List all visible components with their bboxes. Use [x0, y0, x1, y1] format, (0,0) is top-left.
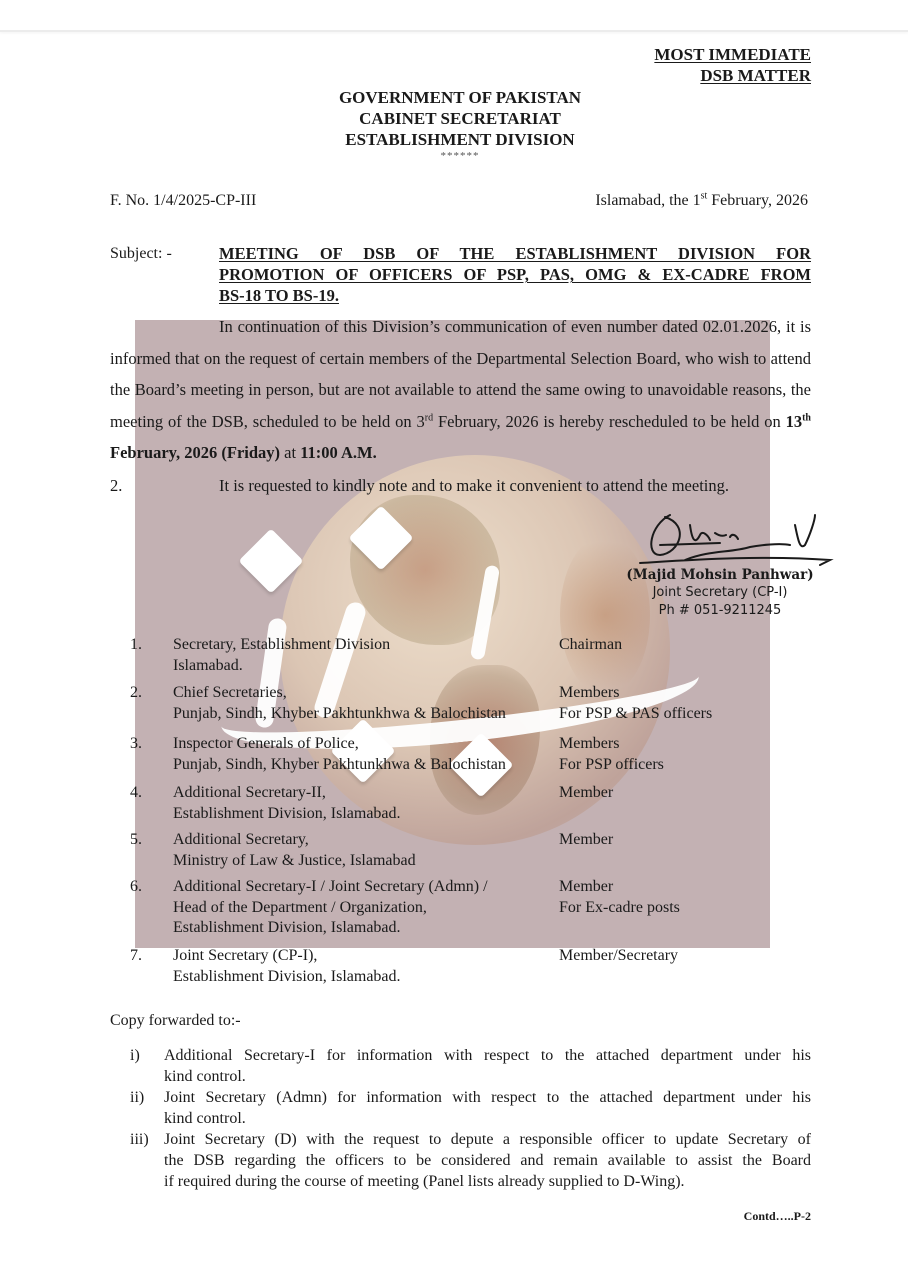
distribution-item-number: 3. [130, 734, 142, 755]
distribution-item-role: Members [559, 734, 619, 755]
subject-label: Subject: - [110, 245, 172, 263]
copy-item-number: i) [130, 1045, 140, 1066]
copy-item-number: ii) [130, 1087, 144, 1108]
distribution-item-addressee: Additional Secretary-II, [173, 783, 326, 804]
distribution-item-addressee: Secretary, Establishment Division [173, 635, 390, 656]
priority-line-2: DSB MATTER [700, 65, 811, 86]
copy-item-text: the DSB regarding the officers to be con… [164, 1150, 811, 1171]
distribution-item-role: For PSP & PAS officers [559, 704, 712, 725]
paragraph-2-number: 2. [110, 476, 122, 496]
org-line-2: CABINET SECRETARIAT [260, 108, 660, 129]
continued-marker: Contd…..P-2 [744, 1209, 811, 1224]
copy-item-number: iii) [130, 1129, 149, 1150]
distribution-item-addressee: Punjab, Sindh, Khyber Pakhtunkhwa & Balo… [173, 704, 506, 725]
distribution-item-role: For PSP officers [559, 755, 664, 776]
distribution-item-number: 1. [130, 635, 142, 656]
subject-line-2: PROMOTION OF OFFICERS OF PSP, PAS, OMG &… [219, 265, 811, 285]
distribution-item-role: Member [559, 877, 613, 898]
distribution-item-number: 5. [130, 830, 142, 851]
copy-item-text: Joint Secretary (Admn) for information w… [164, 1087, 811, 1108]
distribution-item-role: For Ex-cadre posts [559, 898, 680, 919]
distribution-item-number: 4. [130, 783, 142, 804]
body-paragraph-1: In continuation of this Division’s commu… [110, 311, 811, 469]
file-number: F. No. 1/4/2025-CP-III [110, 192, 256, 210]
body-paragraph-2: It is requested to kindly note and to ma… [219, 476, 729, 496]
org-line-1: GOVERNMENT OF PAKISTAN [260, 87, 660, 108]
copy-item-text: Additional Secretary-I for information w… [164, 1045, 811, 1066]
distribution-item-addressee: Punjab, Sindh, Khyber Pakhtunkhwa & Balo… [173, 755, 506, 776]
distribution-item-number: 2. [130, 683, 142, 704]
distribution-item-addressee: Ministry of Law & Justice, Islamabad [173, 851, 416, 872]
distribution-item-number: 6. [130, 877, 142, 898]
signatory-name: (Majid Mohsin Panhwar) [620, 567, 820, 583]
distribution-item-addressee: Additional Secretary, [173, 830, 309, 851]
priority-line-1: MOST IMMEDIATE [654, 44, 811, 65]
distribution-item-addressee: Joint Secretary (CP-I), [173, 946, 317, 967]
copy-item-text: kind control. [164, 1066, 246, 1087]
viewer-top-bar [0, 0, 908, 32]
copy-forwarded-heading: Copy forwarded to:- [110, 1012, 241, 1030]
distribution-item-addressee: Additional Secretary-I / Joint Secretary… [173, 877, 488, 898]
signatory-phone: Ph # 051-9211245 [620, 603, 820, 618]
distribution-item-role: Member [559, 830, 613, 851]
distribution-item-addressee: Islamabad. [173, 656, 243, 677]
distribution-item-role: Chairman [559, 635, 622, 656]
header-separator: ****** [260, 150, 660, 162]
distribution-item-role: Members [559, 683, 619, 704]
distribution-item-addressee: Establishment Division, Islamabad. [173, 967, 401, 988]
letter-date: Islamabad, the 1st February, 2026 [595, 192, 808, 210]
subject-line-3: BS-18 TO BS-19. [219, 286, 339, 306]
distribution-item-addressee: Establishment Division, Islamabad. [173, 918, 401, 939]
copy-item-text: if required during the course of meeting… [164, 1171, 685, 1192]
distribution-item-addressee: Inspector Generals of Police, [173, 734, 359, 755]
copy-item-text: Joint Secretary (D) with the request to … [164, 1129, 811, 1150]
distribution-item-number: 7. [130, 946, 142, 967]
distribution-item-addressee: Head of the Department / Organization, [173, 898, 427, 919]
copy-item-text: kind control. [164, 1108, 246, 1129]
signatory-designation: Joint Secretary (CP-I) [620, 585, 820, 600]
subject-line-1: MEETING OF DSB OF THE ESTABLISHMENT DIVI… [219, 244, 811, 264]
distribution-item-role: Member/Secretary [559, 946, 678, 967]
distribution-item-addressee: Chief Secretaries, [173, 683, 287, 704]
org-line-3: ESTABLISHMENT DIVISION [260, 129, 660, 150]
distribution-item-role: Member [559, 783, 613, 804]
distribution-item-addressee: Establishment Division, Islamabad. [173, 804, 401, 825]
